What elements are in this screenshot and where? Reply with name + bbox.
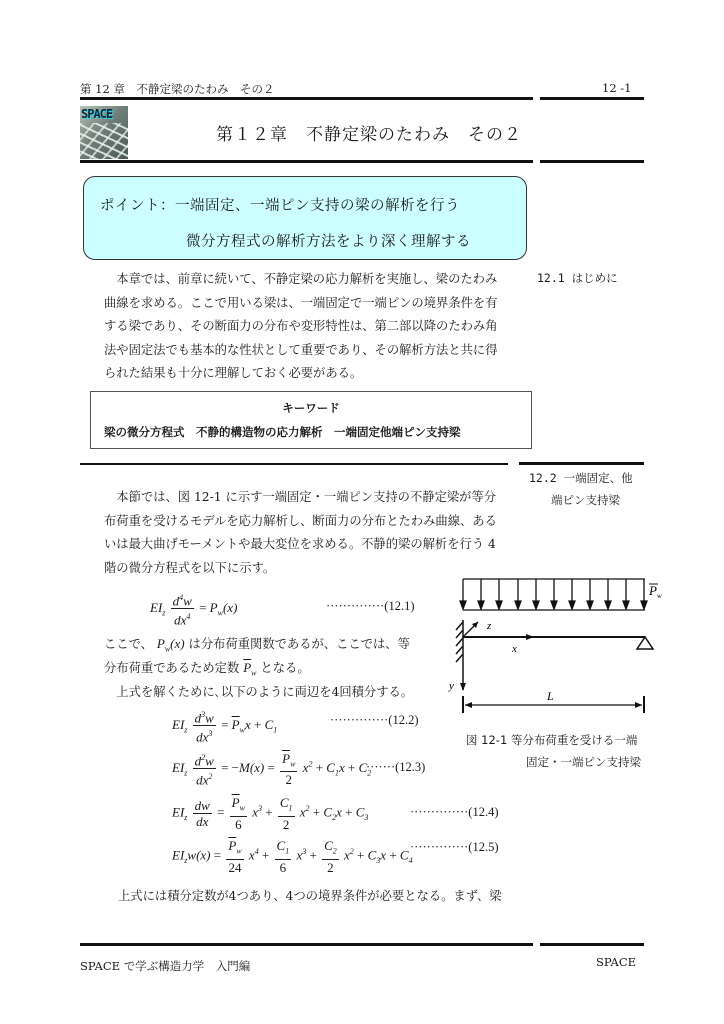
keyword-items: 梁の微分方程式 不静的構造物の応力解析 一端固定他端ピン支持梁 bbox=[104, 424, 461, 440]
point-line-2: 微分方程式の解析方法をより深く理解する bbox=[186, 230, 471, 251]
axis-z-label: z bbox=[486, 620, 492, 632]
span-label: L bbox=[546, 689, 554, 703]
header-rule-side bbox=[540, 97, 644, 100]
last-paragraph-line: 上式には積分定数が4つあり、4つの境界条件が必要となる。まず、梁 bbox=[118, 886, 502, 904]
equation-number-12-1: ··············(12.1) bbox=[326, 599, 414, 614]
section-rule-side bbox=[519, 462, 644, 465]
equation-12-2: EIz d3wdx3 = Pwx + C1 bbox=[172, 707, 277, 745]
figure-caption-line1: 図 12-1 等分布荷重を受ける一端 bbox=[466, 732, 637, 748]
pin-support bbox=[637, 637, 653, 649]
equation-number-12-4: ··············(12.4) bbox=[410, 805, 498, 820]
section-heading-12-2-line2: 端ピン支持梁 bbox=[551, 492, 620, 508]
title-rule-main bbox=[80, 160, 533, 163]
page-number: 12 -1 bbox=[602, 81, 632, 95]
title-rule-side bbox=[540, 160, 644, 163]
distributed-load-arrows bbox=[460, 579, 647, 610]
equation-12-3: EIz d2wdx2 = −M(x) = Pw2 x2 + C1x + C2 bbox=[172, 750, 371, 788]
equation-number-12-5: ··············(12.5) bbox=[410, 840, 498, 855]
axis-y-label: y bbox=[448, 680, 454, 692]
text-after-eq1-line3: 上式を解くために､以下のように両辺を4回積分する。 bbox=[104, 682, 413, 700]
footer-rule-main bbox=[80, 943, 533, 946]
section-rule-main bbox=[80, 463, 508, 465]
equation-12-4: EIz dwdx = Pw6 x3 + C12 x2 + C2x + C3 bbox=[172, 795, 368, 832]
point-line-1: ポイント：一端固定、一端ピン支持の梁の解析を行う bbox=[100, 194, 460, 215]
axis-x-label: x bbox=[511, 643, 517, 655]
footer-brand: SPACE bbox=[596, 955, 636, 969]
load-label: P bbox=[648, 583, 657, 598]
logo-grid-graphic bbox=[80, 123, 128, 159]
svg-text:w: w bbox=[657, 592, 662, 600]
intro-line: られた結果も十分に理解しておく必要がある。 bbox=[104, 362, 524, 386]
section-heading-12-2-line1: 12.2 一端固定、他 bbox=[529, 470, 633, 486]
fixed-support bbox=[456, 620, 463, 690]
beam-diagram: P w z x y L bbox=[448, 565, 664, 715]
equation-12-1: EIz d4wdx4 = Pw(x) bbox=[150, 590, 237, 628]
section2-line: いは最大曲げモーメントや最大変位を求める。不静的梁の解析を行う 4 bbox=[104, 533, 524, 557]
keyword-title: キーワード bbox=[90, 400, 532, 416]
footer-book-title: SPACE で学ぶ構造力学 入門編 bbox=[80, 958, 250, 974]
intro-line: 法や固定法でも基本的な性状として重要であり、その解析方法と共に得 bbox=[104, 339, 524, 363]
logo-text: SPACE bbox=[81, 107, 112, 121]
figure-caption-line2: 固定・一端ピン支持梁 bbox=[526, 754, 641, 770]
intro-line: 曲線を求める。ここで用いる梁は、一端固定で一端ピンの境界条件を有 bbox=[104, 292, 524, 316]
section-heading-12-1: 12.1 はじめに bbox=[537, 270, 618, 286]
running-header-title: 第 12 章 不静定梁のたわみ その２ bbox=[80, 81, 274, 97]
intro-paragraph: 本章では、前章に続いて、不静定梁の応力解析を実施し、梁のたわみ 曲線を求める。こ… bbox=[104, 268, 524, 386]
section2-line: 本節では、図 12-1 に示す一端固定・一端ピン支持の不静定梁が等分 bbox=[104, 486, 524, 510]
equation-12-5: EIzw(x) = Pw24 x4 + C16 x3 + C22 x2 + C3… bbox=[172, 838, 413, 875]
space-logo: SPACE bbox=[80, 106, 128, 159]
text-after-eq1-line2: 分布荷重であるため定数 Pw となる。 bbox=[104, 658, 310, 678]
section2-line: 布荷重を受けるモデルを応力解析し、断面力の分布とたわみ曲線、ある bbox=[104, 510, 524, 534]
equation-number-12-2: ··············(12.2) bbox=[330, 713, 418, 728]
text-after-eq1-line1: ここで、 Pw(x) は分布荷重関数であるが、ここでは、等 bbox=[104, 634, 410, 654]
intro-line: する梁であり、その断面力の分布や変形特性は、第二部以降のたわみ角 bbox=[104, 315, 524, 339]
equation-number-12-3: ·······(12.3) bbox=[366, 760, 425, 775]
footer-rule-side bbox=[540, 943, 644, 946]
intro-line: 本章では、前章に続いて、不静定梁の応力解析を実施し、梁のたわみ bbox=[104, 268, 524, 292]
header-rule-main bbox=[80, 97, 533, 100]
chapter-title: 第１２章 不静定梁のたわみ その２ bbox=[216, 120, 522, 145]
